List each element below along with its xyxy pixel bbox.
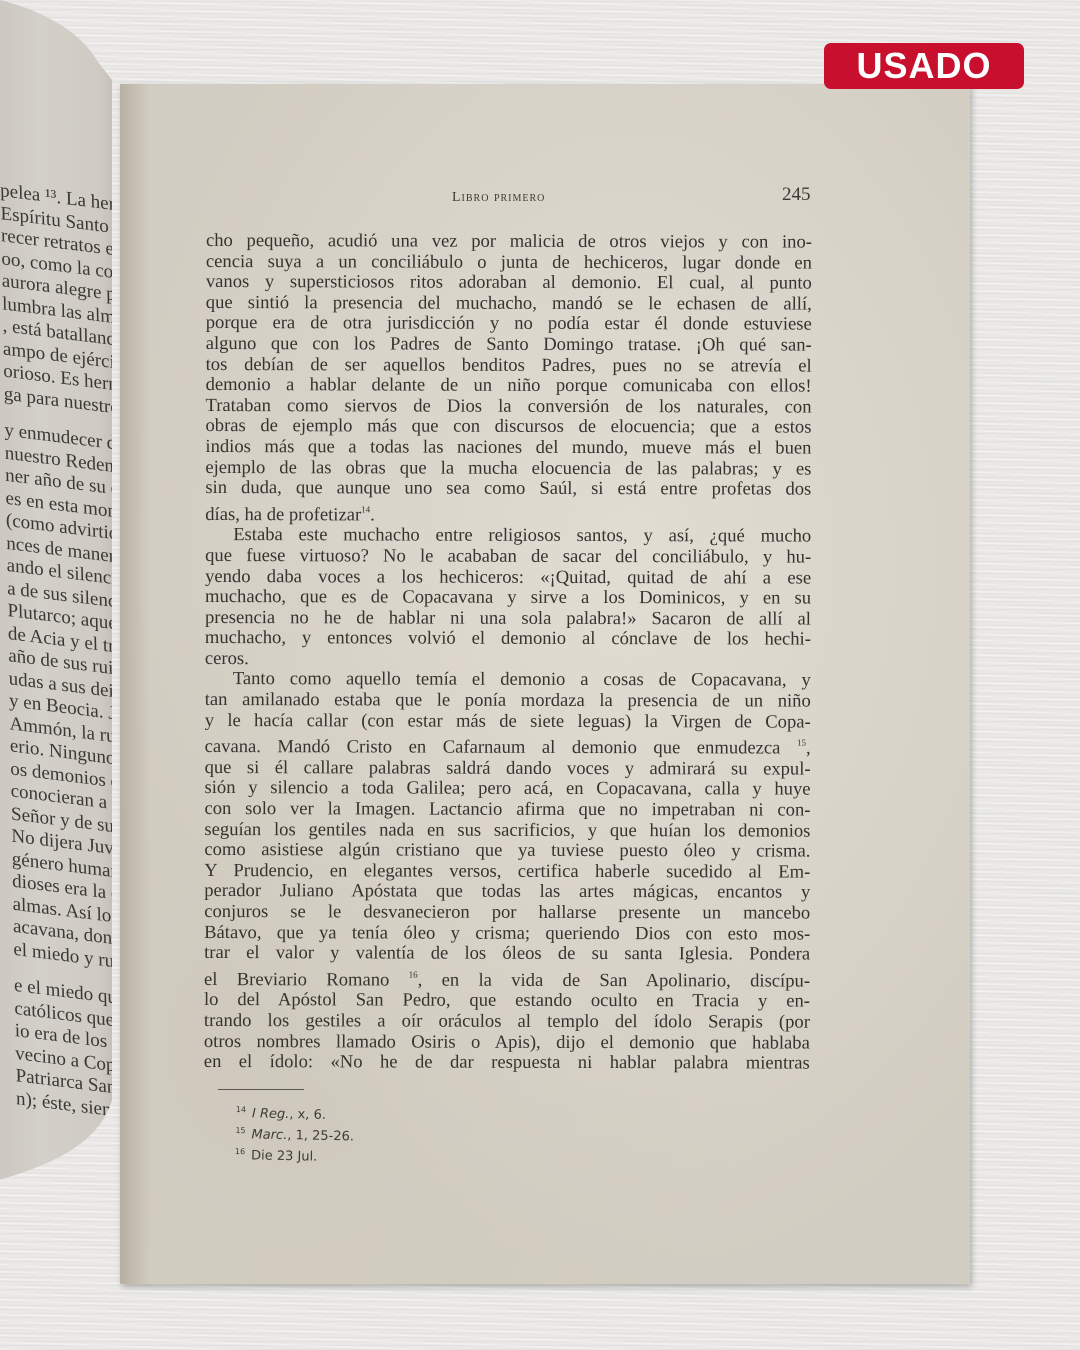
text-line: indios más que a todas las naciones del … bbox=[205, 437, 811, 459]
footnote-number: 14 bbox=[236, 1105, 246, 1114]
text-line: lo del Apóstol San Pedro, que estando oc… bbox=[204, 990, 810, 1012]
footnote-source: Die 23 Jul. bbox=[251, 1148, 318, 1164]
text-line: en el ídolo: «No he de dar respuesta ni … bbox=[204, 1052, 810, 1074]
text-fragment: , en la vida de San Apolinario, discípu- bbox=[418, 969, 810, 991]
footnote-15: 15Marc., 1, 25-26. bbox=[235, 1122, 354, 1145]
text-line: trando los gestiles a oír oráculos al te… bbox=[204, 1011, 810, 1033]
text-line: que fuese virtuoso? No le acababan de sa… bbox=[205, 546, 811, 568]
text-fragment: , bbox=[806, 738, 811, 759]
footnote-source: I Reg. bbox=[252, 1106, 290, 1122]
text-line: y le hacía callar (con estar más de siet… bbox=[205, 711, 811, 733]
text-line: demonio a hablar delante de un niño porq… bbox=[206, 375, 812, 397]
footnote-16: 16Die 23 Jul. bbox=[235, 1143, 354, 1166]
text-line: muchacho, y entonces volvió el demonio a… bbox=[205, 628, 811, 650]
footnote-divider bbox=[218, 1089, 304, 1090]
text-line: obras de ejemplo más que con discursos d… bbox=[205, 416, 811, 438]
text-fragment: el Breviario Romano bbox=[204, 969, 389, 990]
text-line: alguno que con los Padres de Santo Domin… bbox=[206, 334, 812, 356]
text-line: sin duda, que aunque uno sea como Saúl, … bbox=[205, 478, 811, 500]
text-fragment: . bbox=[370, 504, 375, 525]
text-line: porque era de otra jurisdicción y no pod… bbox=[206, 313, 812, 335]
text-line: con solo ver la Imagen. Lactancio afirma… bbox=[204, 799, 810, 821]
left-page: pelea ¹³. La hermo Espíritu Santo en rec… bbox=[0, 0, 130, 1180]
page-number: 245 bbox=[782, 184, 811, 206]
text-fragment: cavana. Mandó Cristo en Cafarnaum al dem… bbox=[205, 736, 781, 759]
text-line: trar el valor y valentía de los óleos de… bbox=[204, 943, 810, 965]
text-fragment: días, ha de profetizar bbox=[205, 504, 361, 525]
text-line: Estaba este muchacho entre religiosos sa… bbox=[205, 525, 811, 547]
text-line: el Breviario Romano 16, en la vida de Sa… bbox=[204, 964, 810, 992]
text-line: tan amilanado estaba que le ponía mordaz… bbox=[205, 690, 811, 712]
used-condition-badge: USADO bbox=[824, 43, 1024, 89]
text-line: vanos y supersticiosos ritos adoraban al… bbox=[206, 272, 812, 294]
text-line: cho pequeño, acudió una vez por malicia … bbox=[206, 231, 812, 253]
text-line: conjuros se le desvanecieron por hallars… bbox=[204, 902, 810, 924]
footnote-ref-16[interactable]: 16 bbox=[409, 969, 418, 979]
text-line: días, ha de profetizar14. bbox=[205, 499, 811, 527]
footnote-source: Marc. bbox=[251, 1127, 287, 1143]
text-line: como asistiese algún cristiano que ya tu… bbox=[204, 840, 810, 862]
left-page-text: pelea ¹³. La hermo Espíritu Santo en rec… bbox=[0, 180, 130, 1127]
footnote-number: 16 bbox=[235, 1147, 245, 1156]
footnotes: 14I Reg., x, 6. 15Marc., 1, 25-26. 16Die… bbox=[235, 1101, 355, 1166]
footnote-citation: , 1, 25-26. bbox=[287, 1128, 354, 1144]
spine-shadow bbox=[120, 84, 150, 1284]
footnote-citation: , x, 6. bbox=[289, 1107, 326, 1123]
text-line: cavana. Mandó Cristo en Cafarnaum al dem… bbox=[205, 731, 811, 759]
footnote-ref-14[interactable]: 14 bbox=[361, 504, 370, 514]
footnote-14: 14I Reg., x, 6. bbox=[236, 1101, 355, 1124]
page-body-text: cho pequeño, acudió una vez por malicia … bbox=[204, 231, 812, 1074]
text-line: muchacho, que es de Copacavana y sirve a… bbox=[205, 587, 811, 609]
running-head: Libro primero bbox=[452, 190, 545, 206]
footnote-number: 15 bbox=[235, 1126, 245, 1135]
